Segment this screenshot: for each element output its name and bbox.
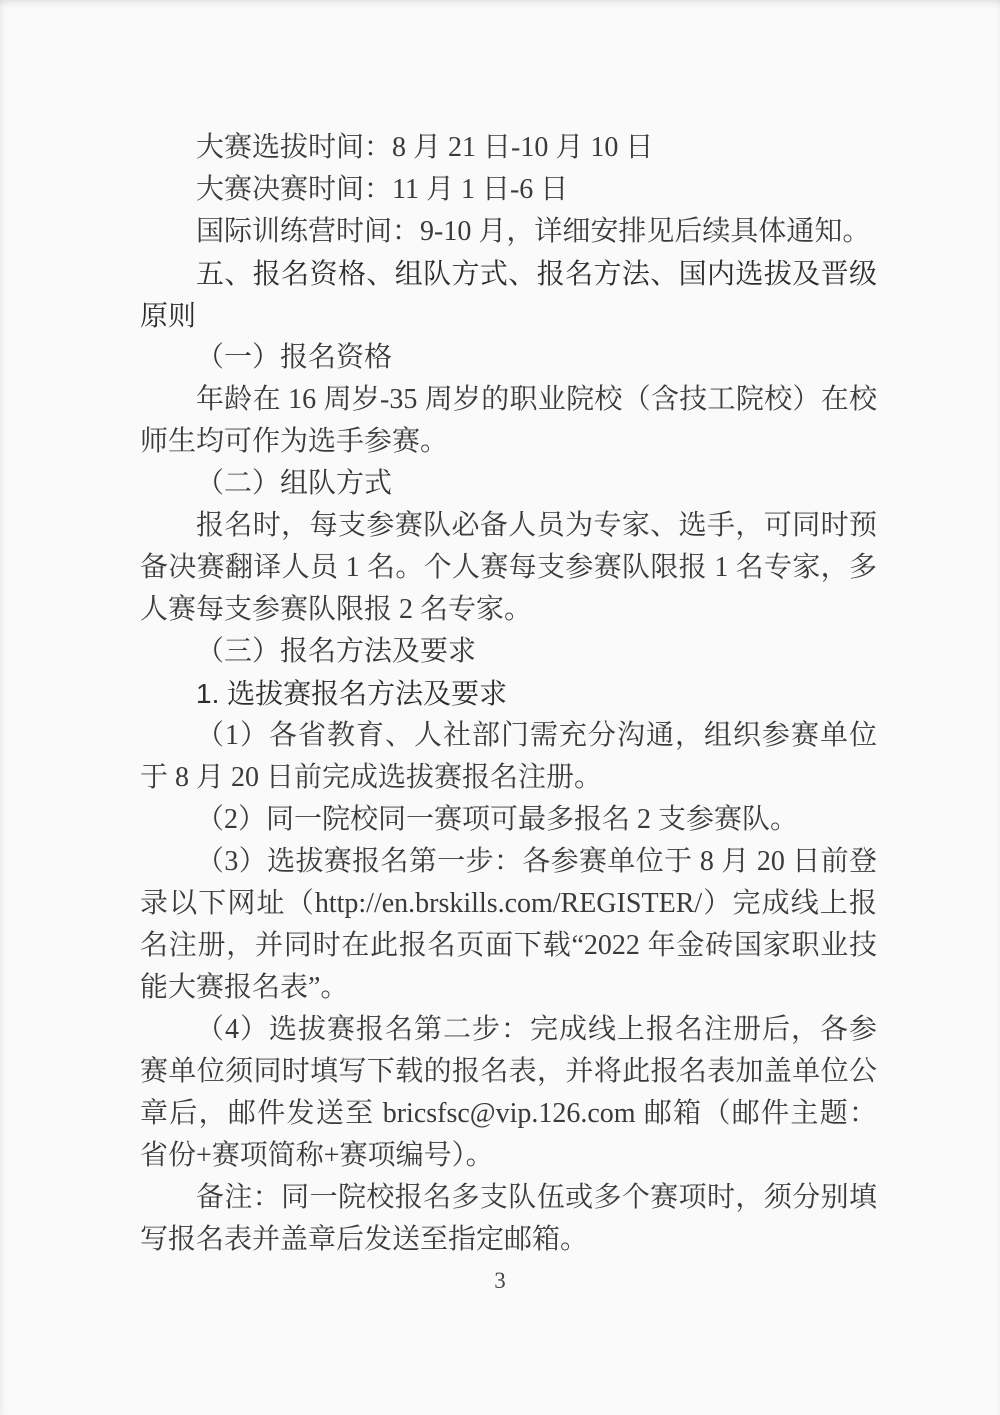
paragraph-note: 备注：同一院校报名多支队伍或多个赛项时，须分别填写报名表并盖章后发送至指定邮箱。 (140, 1177, 877, 1261)
line-final-time: 大赛决赛时间：11 月 1 日-6 日 (140, 169, 877, 211)
paragraph-registration-step-1: （1）各省教育、人社部门需充分沟通，组织参赛单位于 8 月 20 日前完成选拔赛… (140, 715, 877, 799)
subsection-1-heading: （一）报名资格 (140, 337, 877, 379)
page-footer: 3 (0, 1266, 1000, 1296)
subsection-2-heading: （二）组队方式 (140, 463, 877, 505)
line-selection-time: 大赛选拔时间：8 月 21 日-10 月 10 日 (140, 127, 877, 169)
document-content: 大赛选拔时间：8 月 21 日-10 月 10 日 大赛决赛时间：11 月 1 … (140, 127, 877, 1261)
section-5-heading: 五、报名资格、组队方式、报名方法、国内选拔及晋级原则 (140, 253, 877, 337)
paragraph-registration-step-3: （3）选拔赛报名第一步：各参赛单位于 8 月 20 日前登录以下网址（http:… (140, 841, 877, 1009)
item-1-heading: 1. 选拔赛报名方法及要求 (140, 673, 877, 715)
paragraph-team-formation: 报名时，每支参赛队必备人员为专家、选手，可同时预备决赛翻译人员 1 名。个人赛每… (140, 505, 877, 631)
subsection-3-heading: （三）报名方法及要求 (140, 631, 877, 673)
paragraph-registration-step-4: （4）选拔赛报名第二步：完成线上报名注册后，各参赛单位须同时填写下载的报名表，并… (140, 1009, 877, 1177)
page-number: 3 (494, 1268, 506, 1293)
paragraph-registration-step-2: （2）同一院校同一赛项可最多报名 2 支参赛队。 (140, 799, 877, 841)
line-training-camp-time: 国际训练营时间：9-10 月，详细安排见后续具体通知。 (140, 211, 877, 253)
paragraph-eligibility: 年龄在 16 周岁-35 周岁的职业院校（含技工院校）在校师生均可作为选手参赛。 (140, 379, 877, 463)
document-page: 大赛选拔时间：8 月 21 日-10 月 10 日 大赛决赛时间：11 月 1 … (0, 0, 1000, 1415)
